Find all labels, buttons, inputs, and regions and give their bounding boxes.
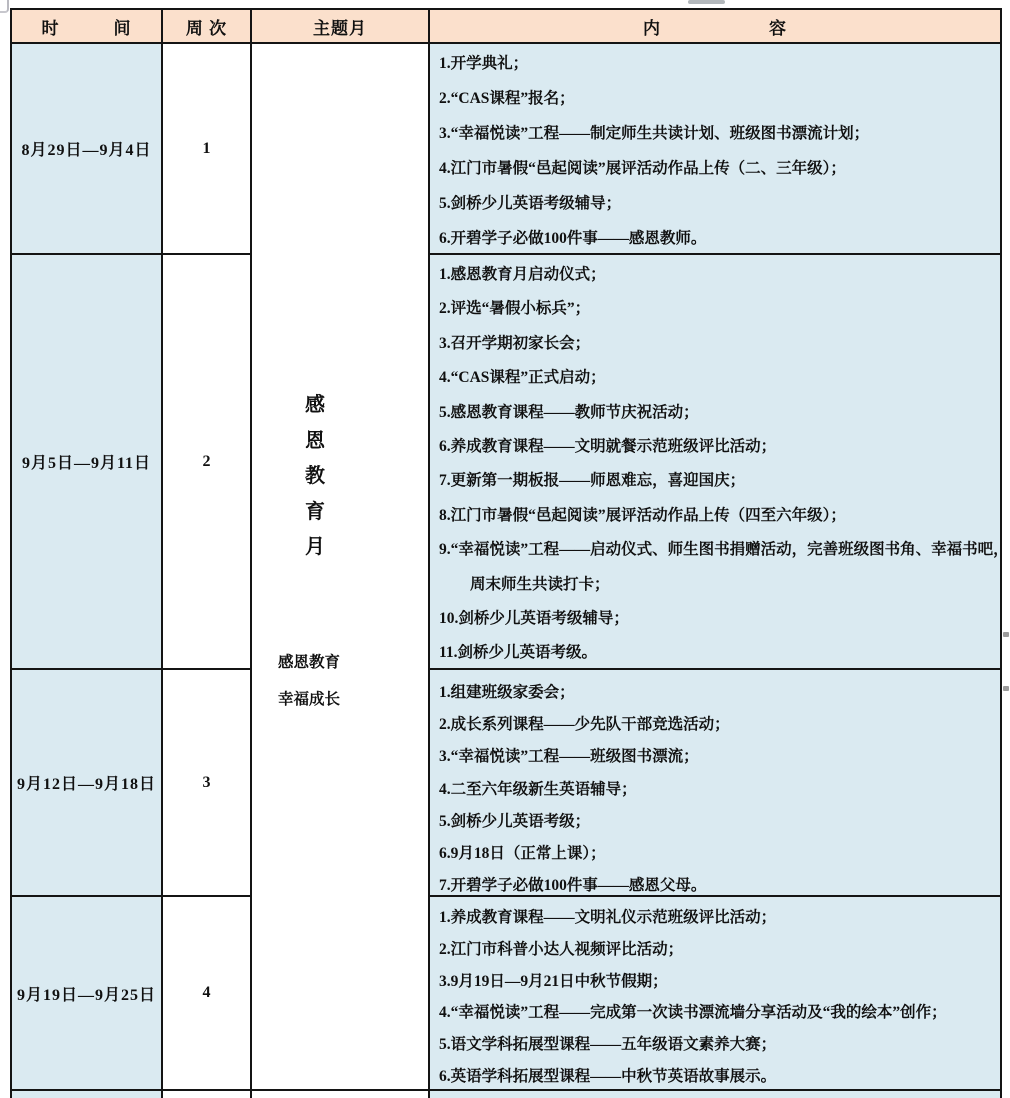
theme-month-cell: 感恩教育月 感恩教育幸福成长 bbox=[252, 44, 430, 1091]
content-line: 2.“CAS课程”报名； bbox=[439, 81, 996, 116]
theme-month-char: 育 bbox=[295, 495, 335, 531]
theme-month-char: 教 bbox=[295, 459, 335, 495]
content-line: 6.英语学科拓展型课程——中秋节英语故事展示。 bbox=[439, 1061, 996, 1091]
time-cell-week2: 9月5日—9月11日 bbox=[12, 255, 163, 670]
next-row-content-sliver bbox=[430, 1091, 1000, 1098]
time-cell-week1: 8月29日—9月4日 bbox=[12, 44, 163, 255]
content-line: 3.“幸福悦读”工程——制定师生共读计划、班级图书漂流计划； bbox=[439, 116, 996, 151]
content-line: 8.江门市暑假“邑起阅读”展评活动作品上传（四至六年级）； bbox=[439, 499, 996, 533]
content-line: 1.开学典礼； bbox=[439, 46, 996, 81]
content-line: 2.评选“暑假小标兵”； bbox=[439, 292, 996, 326]
content-line: 10.剑桥少儿英语考级辅导； bbox=[439, 602, 996, 636]
content-cell-week3: 1.组建班级家委会；2.成长系列课程——少先队干部竞选活动；3.“幸福悦读”工程… bbox=[430, 670, 1000, 897]
week-number-3: 3 bbox=[163, 670, 252, 897]
content-line: 6.开碧学子必做100件事——感恩教师。 bbox=[439, 221, 996, 255]
theme-month-vertical-text: 感恩教育月 bbox=[295, 388, 335, 566]
content-line: 4.“CAS课程”正式启动； bbox=[439, 361, 996, 395]
theme-month-char: 恩 bbox=[295, 424, 335, 460]
next-row-theme-sliver bbox=[252, 1091, 430, 1098]
content-line: 5.剑桥少儿英语考级； bbox=[439, 806, 996, 838]
week-number-2: 2 bbox=[163, 255, 252, 670]
top-edge-artifact bbox=[688, 0, 725, 4]
content-line: 4.江门市暑假“邑起阅读”展评活动作品上传（二、三年级）； bbox=[439, 151, 996, 186]
week-number-4: 4 bbox=[163, 897, 252, 1091]
content-line: 2.成长系列课程——少先队干部竞选活动； bbox=[439, 709, 996, 741]
next-row-week-sliver bbox=[163, 1091, 252, 1098]
page: 时 间 周 次 主题月 内 容 感恩教育月 感恩教育幸福成长 8月29日—9月4… bbox=[0, 0, 1010, 1098]
header-theme-month: 主题月 bbox=[252, 10, 430, 44]
time-cell-week4: 9月19日—9月25日 bbox=[12, 897, 163, 1091]
content-cell-week2: 1.感恩教育月启动仪式；2.评选“暑假小标兵”；3.召开学期初家长会；4.“CA… bbox=[430, 255, 1000, 670]
content-line: 周末师生共读打卡； bbox=[439, 568, 996, 602]
content-line: 11.剑桥少儿英语考级。 bbox=[439, 636, 996, 670]
right-edge-mark-icon bbox=[1003, 632, 1009, 637]
header-time: 时 间 bbox=[12, 10, 163, 44]
content-line: 7.开碧学子必做100件事——感恩父母。 bbox=[439, 870, 996, 897]
right-edge-mark-icon bbox=[1003, 686, 1009, 691]
content-line: 3.“幸福悦读”工程——班级图书漂流； bbox=[439, 741, 996, 773]
content-line: 4.二至六年级新生英语辅导； bbox=[439, 774, 996, 806]
header-content: 内 容 bbox=[430, 10, 1000, 44]
content-line: 6.9月18日（正常上课）； bbox=[439, 838, 996, 870]
content-line: 7.更新第一期板报——师恩难忘，喜迎国庆； bbox=[439, 464, 996, 498]
content-line: 9.“幸福悦读”工程——启动仪式、师生图书捐赠活动，完善班级图书角、幸福书吧， bbox=[439, 533, 996, 567]
theme-footnote-line: 幸福成长 bbox=[278, 681, 340, 718]
content-line: 3.召开学期初家长会； bbox=[439, 327, 996, 361]
week-number-1: 1 bbox=[163, 44, 252, 255]
schedule-table: 时 间 周 次 主题月 内 容 感恩教育月 感恩教育幸福成长 8月29日—9月4… bbox=[10, 8, 1002, 1098]
theme-month-char: 感 bbox=[295, 388, 335, 424]
theme-footnote-line: 感恩教育 bbox=[278, 644, 340, 681]
content-line: 3.9月19日—9月21日中秋节假期； bbox=[439, 966, 996, 998]
content-cell-week1: 1.开学典礼；2.“CAS课程”报名；3.“幸福悦读”工程——制定师生共读计划、… bbox=[430, 44, 1000, 255]
page-corner-artifact bbox=[0, 0, 9, 13]
header-week: 周 次 bbox=[163, 10, 252, 44]
theme-month-footnotes: 感恩教育幸福成长 bbox=[278, 644, 340, 718]
content-line: 5.剑桥少儿英语考级辅导； bbox=[439, 186, 996, 221]
time-cell-week3: 9月12日—9月18日 bbox=[12, 670, 163, 897]
next-row-time-sliver bbox=[12, 1091, 163, 1098]
content-line: 4.“幸福悦读”工程——完成第一次读书漂流墙分享活动及“我的绘本”创作； bbox=[439, 997, 996, 1029]
theme-month-char: 月 bbox=[295, 530, 335, 566]
content-line: 6.养成教育课程——文明就餐示范班级评比活动； bbox=[439, 430, 996, 464]
content-line: 5.语文学科拓展型课程——五年级语文素养大赛； bbox=[439, 1029, 996, 1061]
content-line: 2.江门市科普小达人视频评比活动； bbox=[439, 934, 996, 966]
content-line: 1.养成教育课程——文明礼仪示范班级评比活动； bbox=[439, 902, 996, 934]
content-line: 1.组建班级家委会； bbox=[439, 677, 996, 709]
content-line: 5.感恩教育课程——教师节庆祝活动； bbox=[439, 396, 996, 430]
content-line: 1.感恩教育月启动仪式； bbox=[439, 258, 996, 292]
content-cell-week4: 1.养成教育课程——文明礼仪示范班级评比活动；2.江门市科普小达人视频评比活动；… bbox=[430, 897, 1000, 1091]
